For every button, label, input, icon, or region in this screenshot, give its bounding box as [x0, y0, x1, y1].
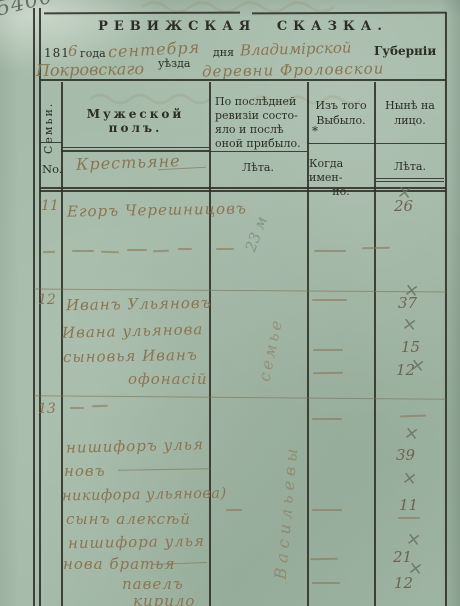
age-value: 37	[398, 294, 417, 312]
ditto-dash	[400, 415, 426, 417]
person-name: никифора ульянова)	[62, 486, 227, 505]
departed-footnote-star: *	[312, 124, 318, 138]
page-border-top	[44, 12, 240, 15]
year-printed: 181	[44, 46, 70, 60]
place-handwritten: деревни Фроловскои	[202, 59, 385, 80]
revision-note-rotated: семье	[254, 316, 286, 383]
person-name: новъ	[64, 462, 106, 480]
col-subheader-leta-now: Лѣта.	[375, 160, 445, 173]
ditto-dash	[178, 248, 192, 250]
header-separator	[307, 143, 446, 144]
gubernii-label: Губерніи	[374, 44, 436, 58]
ditto-dash	[313, 372, 343, 374]
ditto-dash	[101, 251, 119, 253]
col-subheader-when-line: Когда имен-	[309, 157, 373, 185]
ditto-dash	[70, 407, 84, 409]
check-cross-mark: ×	[403, 424, 420, 444]
header-separator	[40, 142, 61, 143]
ditto-dash	[310, 558, 338, 560]
person-name: нишифора улья	[68, 532, 205, 552]
col-header-departed-line: Изъ того	[308, 98, 374, 113]
ditto-dash	[312, 509, 342, 511]
page-border-right	[445, 12, 447, 606]
col-subheader-when: Когда имен- но.	[309, 157, 373, 199]
year-handwritten-digit: 6	[68, 42, 78, 60]
column-line	[61, 82, 63, 606]
col-header-family: Семьи.	[42, 92, 55, 154]
person-name: Ивана ульянова	[62, 320, 204, 342]
ditto-dash	[398, 517, 420, 519]
header-bottom-rule	[40, 190, 446, 192]
ditto-dash	[92, 405, 108, 407]
goda-label: года	[80, 47, 106, 60]
revision-note-rotated: Васильевы	[271, 443, 302, 580]
age-value: 11	[399, 496, 418, 514]
uezd-handwritten: Покровскаго	[36, 59, 144, 80]
ditto-dash	[153, 250, 169, 252]
header-separator	[61, 147, 209, 148]
person-name: сыновья Иванъ	[63, 346, 198, 366]
row-number: 13	[38, 401, 56, 417]
ditto-dash	[226, 509, 242, 511]
page-border-left-outer	[33, 8, 35, 606]
revision-age-note-rotated: 23 м	[241, 214, 270, 254]
ditto-dash	[362, 247, 390, 249]
person-name: павелъ	[122, 575, 184, 593]
col-subheader-no: No.	[42, 162, 62, 176]
person-name: кирило	[133, 592, 195, 606]
ditto-dash	[43, 251, 55, 253]
age-value: 26	[394, 197, 413, 215]
check-cross-mark: ×	[401, 315, 418, 335]
ditto-dash	[216, 248, 234, 250]
row-separator-handdrawn	[34, 395, 446, 400]
uezda-label: уѣзда	[158, 57, 190, 70]
person-name: нишифоръ улья	[66, 435, 204, 457]
col-header-present-line: лицо.	[375, 113, 445, 128]
ditto-dash	[313, 349, 343, 351]
ditto-dash	[312, 418, 342, 420]
revision-list-scan: 5400 РЕВИЖСКАЯ СКАЗКА. 181 6 года сентеб…	[0, 0, 460, 606]
person-name: сынъ алексѣй	[66, 510, 191, 528]
col-header-last-revision: По послѣдней ревизіи состо- яло и послѣ …	[215, 95, 301, 151]
col-header-present-line: Нынѣ на	[375, 98, 445, 113]
col-header-last-revision-line: оной прибыло.	[215, 137, 301, 151]
age-value: 12	[394, 574, 413, 592]
header-bottom-rule	[40, 187, 446, 189]
col-subheader-class-handwritten: Крестьяне	[76, 151, 181, 174]
person-name: Иванъ Ульяновъ	[66, 294, 212, 315]
dnya-label: дня	[213, 46, 234, 59]
check-cross-mark: ×	[401, 469, 418, 489]
check-cross-mark: ×	[405, 530, 422, 550]
ditto-dash	[312, 299, 347, 301]
col-subheader-leta-last: Лѣта.	[210, 161, 306, 174]
gubernia-handwritten: Владимірской	[240, 39, 352, 60]
row-number: 11	[41, 198, 59, 214]
check-cross-mark: ×	[409, 356, 426, 376]
person-name: Егоръ Черешницовъ	[67, 199, 247, 220]
ditto-dash	[72, 250, 94, 252]
header-separator	[61, 150, 209, 152]
corner-number: 5400	[0, 0, 56, 21]
ditto-dash	[312, 582, 340, 584]
ink-bleed-mark	[88, 90, 218, 104]
col-header-present: Нынѣ на лицо.	[375, 98, 445, 128]
age-value: 39	[396, 446, 415, 464]
handwriting-flourish	[118, 468, 210, 471]
header-separator	[209, 151, 307, 152]
page-border-top	[252, 12, 446, 15]
ditto-dash	[127, 249, 147, 251]
document-title: РЕВИЖСКАЯ СКАЗКА.	[40, 19, 446, 34]
col-header-last-revision-line: яло и послѣ	[215, 123, 301, 137]
row-separator-handdrawn	[34, 289, 446, 293]
row-number: 12	[38, 292, 56, 308]
person-name: офонасій	[128, 370, 207, 388]
ink-bleed-mark	[140, 0, 350, 12]
ditto-dash	[314, 250, 346, 252]
col-header-male-sex: Мужеской полъ.	[62, 107, 209, 135]
col-header-last-revision-line: По послѣдней	[215, 95, 301, 109]
age-value: 15	[401, 338, 420, 356]
intro-rule	[40, 79, 446, 81]
col-header-last-revision-line: ревизіи состо-	[215, 109, 301, 123]
subheader-underline	[376, 178, 444, 179]
